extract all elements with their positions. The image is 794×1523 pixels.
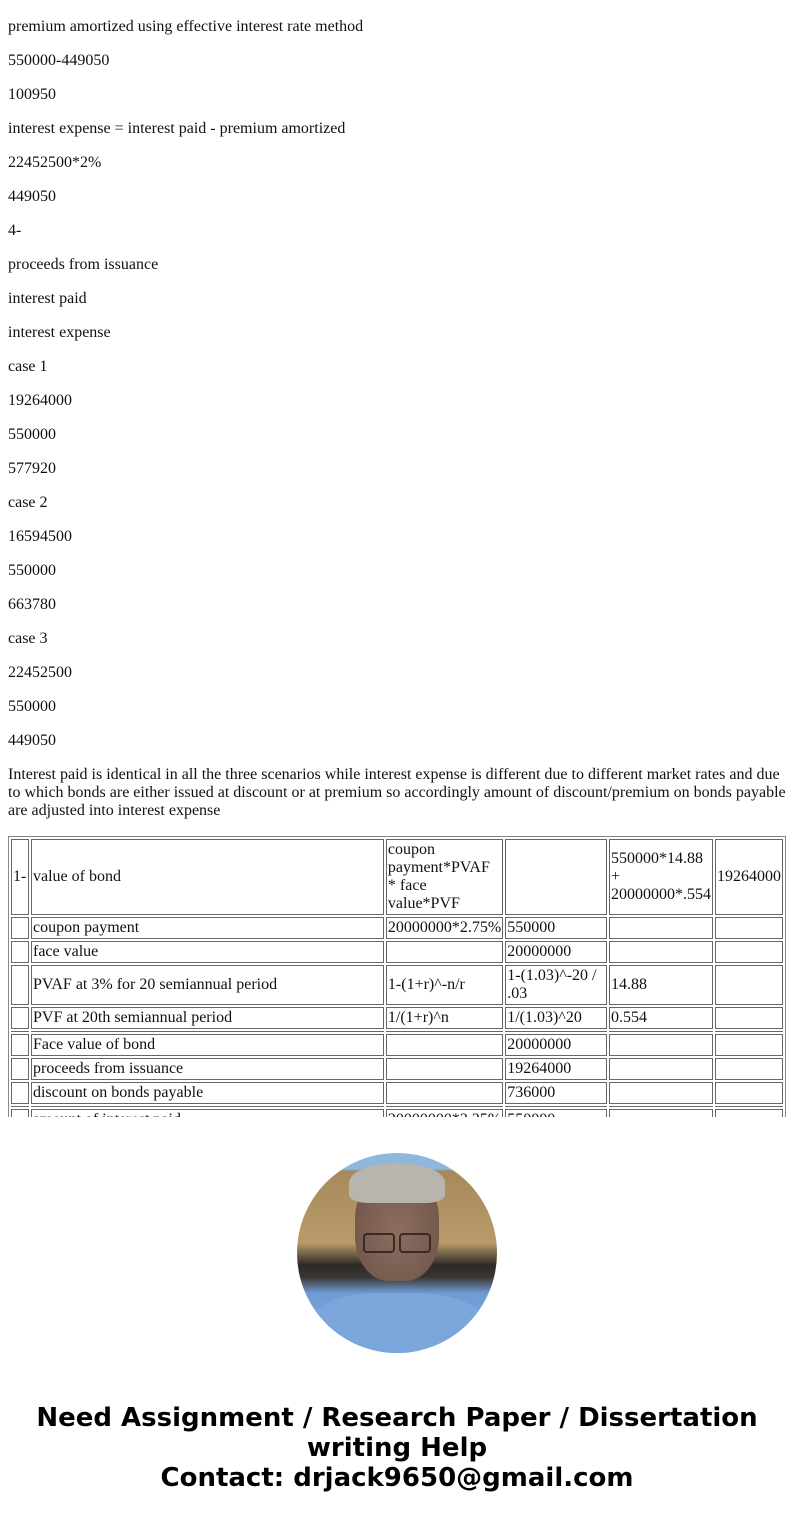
promo-line-1: Need Assignment / Research Paper / Disse… <box>0 1403 794 1433</box>
avatar-glasses <box>363 1233 433 1251</box>
paragraph: 22452500 <box>8 664 786 682</box>
table-row: proceeds from issuance19264000 <box>11 1058 783 1080</box>
table-row: coupon payment20000000*2.75%550000 <box>11 917 783 939</box>
separator-cell <box>386 1031 503 1032</box>
table-cell <box>715 1034 783 1056</box>
table-cell: 19264000 <box>505 1058 607 1080</box>
table-cell: 20000000*2.25% <box>386 1109 503 1117</box>
table-cell: discount on bonds payable <box>31 1082 384 1104</box>
avatar-shirt <box>307 1293 487 1353</box>
paragraph: case 1 <box>8 358 786 376</box>
table-cell: Face value of bond <box>31 1034 384 1056</box>
table-cell <box>386 1034 503 1056</box>
paragraph: interest expense <box>8 324 786 342</box>
paragraph: 550000 <box>8 426 786 444</box>
table-cell: proceeds from issuance <box>31 1058 384 1080</box>
paragraph: case 3 <box>8 630 786 648</box>
table-cell <box>386 941 503 963</box>
table-cell: coupon payment <box>31 917 384 939</box>
table-cell <box>609 917 713 939</box>
table-row: PVAF at 3% for 20 semiannual period1-(1+… <box>11 965 783 1005</box>
table-cell: PVAF at 3% for 20 semiannual period <box>31 965 384 1005</box>
bond-table-wrapper: 1-value of bondcoupon payment*PVAF * fac… <box>8 836 786 1117</box>
paragraph: 550000 <box>8 562 786 580</box>
table-cell <box>11 1058 29 1080</box>
paragraph: interest expense = interest paid - premi… <box>8 120 786 138</box>
table-cell: 0.554 <box>609 1007 713 1029</box>
table-row: Face value of bond20000000 <box>11 1034 783 1056</box>
table-cell <box>11 1034 29 1056</box>
paragraph: 22452500*2% <box>8 154 786 172</box>
avatar-hair <box>349 1163 445 1203</box>
answer-paragraphs: 550000premium amortized using effective … <box>8 0 786 820</box>
separator-cell <box>11 1031 29 1032</box>
table-row: amount of interest paid20000000*2.25%550… <box>11 1109 783 1117</box>
paragraph: 449050 <box>8 732 786 750</box>
paragraph: 550000-449050 <box>8 52 786 70</box>
separator-cell <box>386 1106 503 1107</box>
separator-cell <box>505 1106 607 1107</box>
paragraph: Interest paid is identical in all the th… <box>8 766 786 820</box>
table-cell <box>715 1109 783 1117</box>
table-cell <box>11 917 29 939</box>
table-cell <box>715 965 783 1005</box>
table-cell: value of bond <box>31 839 384 915</box>
table-cell <box>505 839 607 915</box>
table-row: PVF at 20th semiannual period1/(1+r)^n1/… <box>11 1007 783 1029</box>
table-cell <box>609 1058 713 1080</box>
separator-cell <box>31 1106 384 1107</box>
table-cell <box>11 965 29 1005</box>
table-cell <box>715 1007 783 1029</box>
table-cell: amount of interest paid <box>31 1109 384 1117</box>
table-row: 1-value of bondcoupon payment*PVAF * fac… <box>11 839 783 915</box>
table-cell <box>715 1082 783 1104</box>
table-cell <box>609 941 713 963</box>
table-row: discount on bonds payable736000 <box>11 1082 783 1104</box>
separator-cell <box>609 1106 713 1107</box>
paragraph: 100950 <box>8 86 786 104</box>
table-cell <box>609 1034 713 1056</box>
table-row: face value20000000 <box>11 941 783 963</box>
table-cell: coupon payment*PVAF * face value*PVF <box>386 839 503 915</box>
table-cell <box>11 1007 29 1029</box>
table-cell <box>715 941 783 963</box>
separator-cell <box>31 1031 384 1032</box>
paragraph: 19264000 <box>8 392 786 410</box>
table-cell <box>609 1082 713 1104</box>
bond-valuation-table: 1-value of bondcoupon payment*PVAF * fac… <box>8 836 786 1117</box>
table-cell: 550000 <box>505 1109 607 1117</box>
paragraph: case 2 <box>8 494 786 512</box>
separator-cell <box>505 1031 607 1032</box>
table-cell: 1- <box>11 839 29 915</box>
table-cell: 1-(1+r)^-n/r <box>386 965 503 1005</box>
table-cell <box>609 1109 713 1117</box>
promo-contact[interactable]: Contact: drjack9650@gmail.com <box>0 1463 794 1493</box>
table-cell: 1/(1.03)^20 <box>505 1007 607 1029</box>
table-cell <box>386 1082 503 1104</box>
paragraph: interest paid <box>8 290 786 308</box>
table-cell <box>715 917 783 939</box>
table-cell <box>11 1109 29 1117</box>
paragraph: 16594500 <box>8 528 786 546</box>
table-cell: 19264000 <box>715 839 783 915</box>
paragraph: 550000 <box>8 0 786 2</box>
separator-cell <box>715 1106 783 1107</box>
paragraph: 550000 <box>8 698 786 716</box>
author-avatar <box>297 1153 497 1353</box>
separator-cell <box>609 1031 713 1032</box>
paragraph: 449050 <box>8 188 786 206</box>
promo-line-2: writing Help <box>0 1433 794 1463</box>
paragraph: 663780 <box>8 596 786 614</box>
table-separator <box>11 1031 783 1032</box>
table-cell: 20000000 <box>505 941 607 963</box>
table-cell <box>11 941 29 963</box>
paragraph: proceeds from issuance <box>8 256 786 274</box>
separator-cell <box>715 1031 783 1032</box>
table-cell: 1/(1+r)^n <box>386 1007 503 1029</box>
paragraph: 4- <box>8 222 786 240</box>
document-body: 550000premium amortized using effective … <box>8 0 786 1117</box>
paragraph: 577920 <box>8 460 786 478</box>
table-cell: 550000*14.88 + 20000000*.554 <box>609 839 713 915</box>
table-cell <box>11 1082 29 1104</box>
table-cell: face value <box>31 941 384 963</box>
table-cell: 1-(1.03)^-20 / .03 <box>505 965 607 1005</box>
table-cell: 550000 <box>505 917 607 939</box>
table-cell <box>715 1058 783 1080</box>
table-cell: 736000 <box>505 1082 607 1104</box>
separator-cell <box>11 1106 29 1107</box>
table-cell: PVF at 20th semiannual period <box>31 1007 384 1029</box>
table-separator <box>11 1106 783 1107</box>
table-cell: 20000000*2.75% <box>386 917 503 939</box>
promo-banner: Need Assignment / Research Paper / Disse… <box>0 1403 794 1493</box>
table-cell <box>386 1058 503 1080</box>
table-cell: 20000000 <box>505 1034 607 1056</box>
table-cell: 14.88 <box>609 965 713 1005</box>
paragraph: premium amortized using effective intere… <box>8 18 786 36</box>
